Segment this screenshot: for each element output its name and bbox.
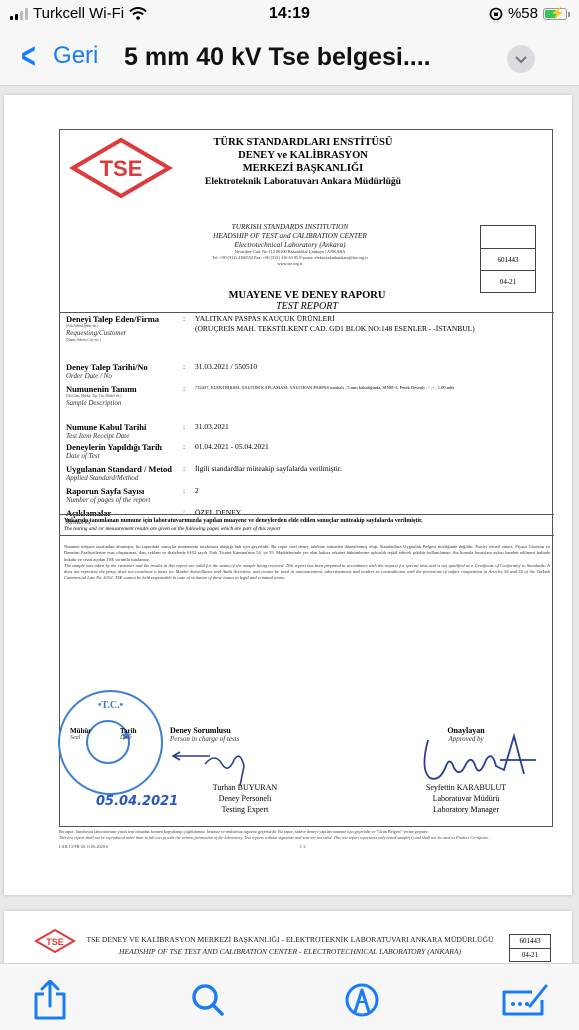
markup-button[interactable] [342,980,382,1020]
stamp-text: •T.C.• [60,700,161,711]
field-label-en: Number of pages of the report [66,496,183,505]
field-label-en: Test Item Receipt Date [66,432,183,441]
page2-code-box: 601443 04-21 [509,934,551,962]
disclaimer-en: The sample was taken by the customer and… [64,563,550,582]
signatory-role: Deney Personeli [180,793,310,804]
field-label: Numunenin Tanımı [66,384,183,394]
chevron-down-icon [515,56,527,64]
field-sample-description: Numunenin Tanımı (No,Cins, Marka, Tip, T… [66,384,550,422]
field-label-en: Applied Standard/Method [66,474,183,483]
lab-number: 601443 [510,935,550,948]
field-note: (Name,Adress,City etc.) [66,338,183,343]
orientation-lock-icon [489,7,503,21]
header-en-line: Electrotechnical Laboratory (Ankara) [130,240,450,249]
document-page-1: TSE TÜRK STANDARDLARI ENSTİTÜSÜ DENEY ve… [4,95,572,895]
report-title-en: TEST REPORT [60,301,554,312]
fill-and-sign-button[interactable] [500,980,550,1020]
field-label: Deney Talep Tarihi/No [66,362,183,372]
header-line: DENEY ve KALİBRASYON [178,149,428,162]
share-button[interactable] [30,980,70,1020]
bottom-toolbar [0,963,579,1030]
test-signatory: Deney Sorumlusu Person in charge of test… [170,726,310,743]
field-label: Deneylerin Yapıldığı Tarih [66,442,183,452]
signature-mark [400,730,540,790]
field-value: İlgili standardlar müteakip sayfalarda v… [195,464,550,486]
field-label: Uygulanan Standard / Metod [66,464,183,474]
results-note-tr: Yukarıda tanımlanan numune için laboratu… [64,517,550,525]
signatory-heading: Deney Sorumlusu [170,726,310,735]
date-label: Tarih Date [120,727,136,741]
report-title-tr: MUAYENE VE DENEY RAPORU [60,290,554,301]
page-footer: Bu rapor, hazırlayan laboratuvarın yazıl… [59,829,553,851]
status-bar: Turkcell Wi-Fi 14:19 %58 ⚡ [0,0,579,30]
header-en-line: HEADSHIP OF TEST and CALIBRATION CENTER [130,231,450,240]
field-value: 31.03.2021 / 550510 [195,362,550,384]
page2-header-tr: TSE DENEY VE KALİBRASYON MERKEZİ BAŞKANL… [78,934,502,946]
tse-logo-icon: TSE [69,136,173,200]
search-icon [188,980,228,1020]
document-page-2: TSE TSE DENEY VE KALİBRASYON MERKEZİ BAŞ… [4,911,572,963]
field-label-en: Requesting/Customer [66,329,183,338]
tse-logo-icon: TSE [34,928,76,954]
field-page-count: Raporun Sayfa Sayısı Number of pages of … [66,486,550,508]
header-en-line: TURKISH STANDARDS INSTITUTION [130,222,450,231]
svg-text:TSE: TSE [46,937,64,947]
page2-header: TSE DENEY VE KALİBRASYON MERKEZİ BAŞKANL… [78,934,502,958]
field-value: 2 [195,486,550,508]
report-period: 04-21 [481,270,535,292]
markup-icon [342,980,382,1020]
navigation-bar: < Geri 5 mm 40 kV Tse belgesi.... [0,30,579,86]
document-viewer[interactable]: TSE TÜRK STANDARDLARI ENSTİTÜSÜ DENEY ve… [0,87,579,963]
report-period: 04-21 [510,948,550,961]
signature-mark [170,746,260,786]
search-button[interactable] [188,980,228,1020]
field-label-en: Order Date / No [66,372,183,381]
title-menu-button[interactable] [507,45,535,73]
form-code: LAB-13-FR-26 11.06.2020-6 [59,844,299,850]
battery-icon: ⚡ [543,8,567,20]
field-value: YALITKAN PASPAS KAUÇUK ÜRÜNLERİ [195,314,550,324]
field-value-address: (ORUÇREİS MAH. TEKSTİLKENT CAD. GD1 BLOK… [195,324,550,334]
field-label: Raporun Sayfa Sayısı [66,486,183,496]
field-label-en: Sample Description [66,399,183,408]
field-label-en: Date of Test [66,452,183,461]
report-frame: TSE TÜRK STANDARDLARI ENSTİTÜSÜ DENEY ve… [59,129,553,827]
lab-name: Elektroteknik Laboratuvarı Ankara Müdürl… [178,176,428,189]
svg-text:TSE: TSE [100,156,143,181]
lab-number: 601443 [481,248,535,270]
seal-label-tr: Mühür [70,727,91,735]
back-button[interactable]: < Geri [18,38,98,74]
date-label-tr: Tarih [120,727,136,735]
document-title[interactable]: 5 mm 40 kV Tse belgesi.... [124,43,431,72]
header-line: TÜRK STANDARDLARI ENSTİTÜSÜ [178,136,428,149]
signatory-heading-en: Person in charge of tests [170,735,310,743]
institution-header: TÜRK STANDARDLARI ENSTİTÜSÜ DENEY ve KAL… [178,136,428,189]
report-fields: Deneyi Talep Eden/Firma (Adı,Adresi,Şehi… [66,314,550,528]
field-test-date: Deneylerin Yapıldığı Tarih Date of Test … [66,442,550,464]
field-applied-standard: Uygulanan Standard / Metod Applied Stand… [66,464,550,486]
code-cell [481,226,535,248]
signatory-role-en: Laboratory Manager [396,804,536,815]
page-number: 1- 2 [299,844,306,850]
header-line: MERKEZİ BAŞKANLIĞI [178,162,428,175]
field-value: 732437, ELEKTRİKSEL YALITIM KAPLAMASI, Y… [195,384,550,422]
disclaimer-tr: Numune müşteri tarafından alınmıştır, bu… [64,544,550,563]
official-stamp: •T.C.• ★ [58,690,163,795]
results-note-en: The testing and /or measurement results … [64,525,550,533]
field-receipt-date: Numune Kabul Tarihi Test Item Receipt Da… [66,422,550,442]
date-label-en: Date [120,735,136,741]
share-icon [30,980,70,1020]
field-order-date: Deney Talep Tarihi/No Order Date / No : … [66,362,550,384]
disclaimer: Numune müşteri tarafından alınmıştır, bu… [64,544,550,582]
back-label: Geri [53,42,98,70]
website: www.tse.org.tr [130,261,450,267]
chevron-left-icon: < [21,38,36,74]
field-label: Deneyi Talep Eden/Firma [66,314,183,324]
field-label: Numune Kabul Tarihi [66,422,183,432]
handwritten-date: 05.04.2021 [96,794,178,809]
field-value: 01.04.2021 - 05.04.2021 [195,442,550,464]
battery-percent: %58 [508,5,538,22]
report-title: MUAYENE VE DENEY RAPORU TEST REPORT [60,290,554,312]
seal-label: Mühür Seal [70,727,91,741]
field-value: 31.03.2021 [195,422,550,442]
field-requesting-customer: Deneyi Talep Eden/Firma (Adı,Adresi,Şehi… [66,314,550,362]
signatory-role-en: Testing Expert [180,804,310,815]
footer-en: This test report shall not be reproduced… [59,835,553,841]
signature-form-icon [500,980,550,1020]
report-code-box: 601443 04-21 [480,225,536,293]
institution-header-en: TURKISH STANDARDS INSTITUTION HEADSHIP O… [130,222,450,267]
divider [60,312,554,313]
signatory-role: Laboratuvar Müdürü [396,793,536,804]
charging-bolt-icon: ⚡ [550,6,565,20]
results-note: Yukarıda tanımlanan numune için laboratu… [60,514,554,536]
page2-header-en: HEADSHIP OF TSE TEST AND CALIBRATION CEN… [78,946,502,958]
seal-label-en: Seal [70,735,91,741]
